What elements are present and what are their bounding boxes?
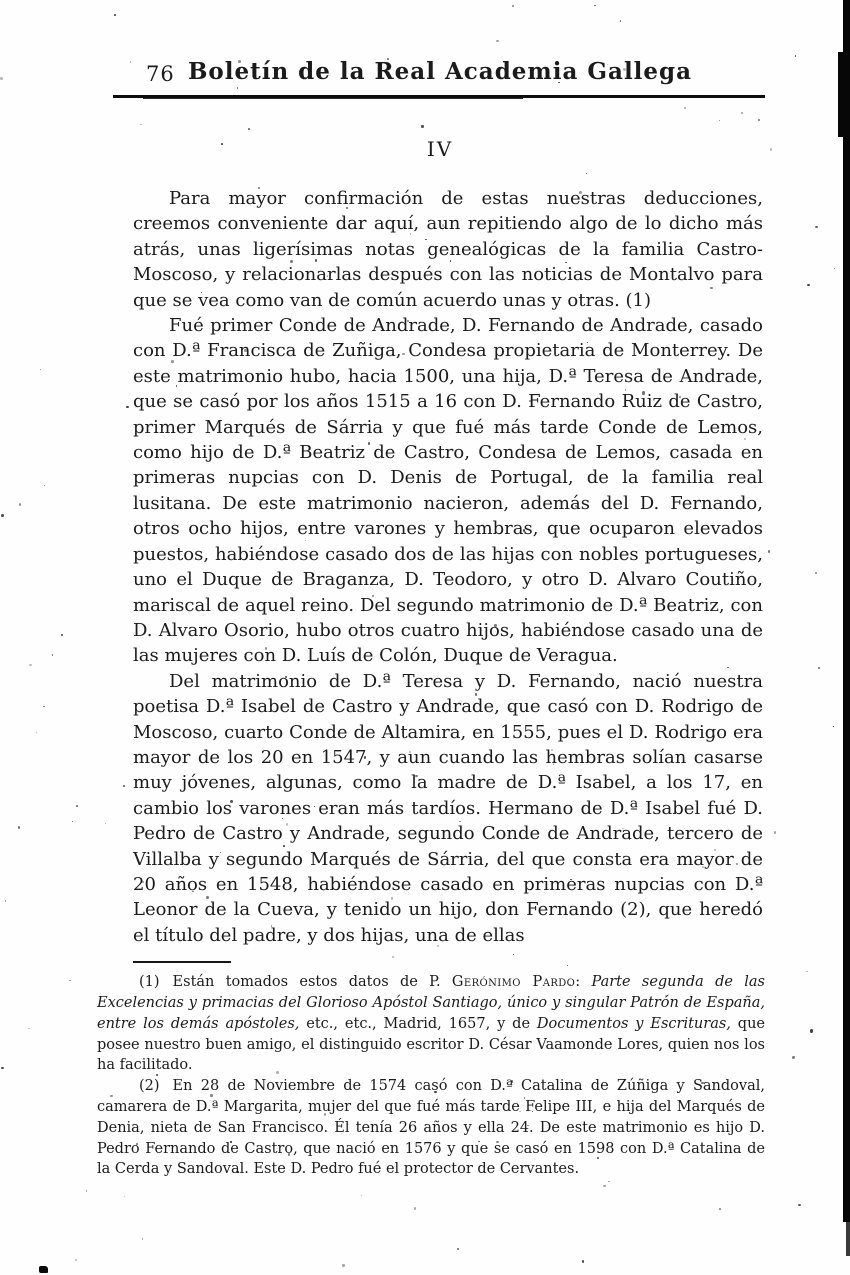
section-heading: IV (115, 137, 765, 161)
footnote-1-text: etc., etc., Madrid, 1657, y de (299, 1016, 537, 1032)
footnote-1: (1)Están tomados estos datos de P. Gerón… (97, 972, 765, 1076)
paragraph: Fué primer Conde de Andrade, D. Fernando… (133, 313, 763, 669)
footnote-1-label: (1) (139, 974, 160, 990)
footnote-1-work-title: Documentos y Escrituras, (537, 1016, 731, 1032)
paragraph: Del matrimonio de D.ª Teresa y D. Fernan… (133, 669, 763, 948)
text-column: Para mayor confirmación de estas nuestra… (133, 186, 763, 1180)
footnote-2-text: En 28 de Noviembre de 1574 casó con D.ª … (97, 1078, 765, 1177)
paragraph: Para mayor confirmación de estas nuestra… (133, 186, 763, 313)
scan-edge-bar (843, 0, 850, 1222)
footnote-1-text: Están tomados estos datos de P. (173, 974, 452, 990)
footnotes-block: (1)Están tomados estos datos de P. Gerón… (97, 972, 765, 1180)
scan-ink-blob (39, 1266, 48, 1273)
scan-edge-bar-wide (838, 52, 850, 137)
footnote-separator-rule (133, 961, 231, 963)
journal-title: Boletín de la Real Academia Gallega (115, 58, 765, 85)
footnote-2-label: (2) (139, 1078, 160, 1094)
footnote-1-text: : (575, 974, 591, 990)
footnote-1-author: Gerónimo Pardo (452, 974, 575, 990)
footnote-2: (2)En 28 de Noviembre de 1574 casó con D… (97, 1076, 765, 1180)
header-rule (113, 95, 765, 98)
scanned-page: 76 Boletín de la Real Academia Gallega I… (0, 0, 850, 1275)
scan-edge-bar-tail (846, 1222, 850, 1256)
